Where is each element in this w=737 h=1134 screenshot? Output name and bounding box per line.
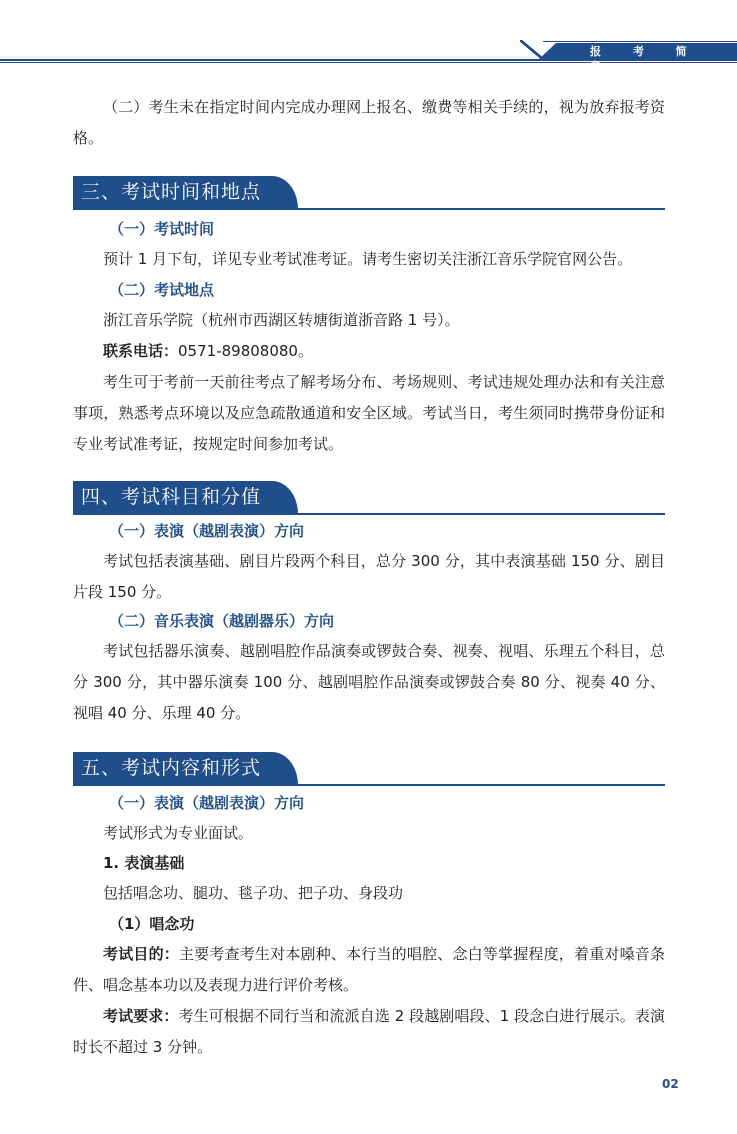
section-heading-4: 四、考试科目和分值 — [73, 481, 665, 515]
exam-time-text: 预计 1 月下旬，详见专业考试准考证。请考生密切关注浙江音乐学院官网公告。 — [103, 244, 665, 275]
basics-text: 包括唱念功、腿功、毯子功、把子功、身段功 — [103, 878, 665, 909]
subheading-exam-location: （二）考试地点 — [109, 279, 214, 301]
contact-phone: 联系电话：0571-89808080。 — [103, 336, 665, 367]
exam-notice-paragraph: 考生可于考前一天前往考点了解考场分布、考场规则、考试违规处理办法和有关注意事项，… — [73, 367, 665, 460]
header-slant — [520, 40, 544, 60]
item-heading-basics: 1. 表演基础 — [103, 852, 184, 874]
performance-subjects-text: 考试包括表演基础、剧目片段两个科目，总分 300 分，其中表演基础 150 分、… — [73, 546, 665, 608]
intro-paragraph: （二）考生未在指定时间内完成办理网上报名、缴费等相关手续的，视为放弃报考资格。 — [73, 92, 665, 154]
section-heading-3: 三、考试时间和地点 — [73, 176, 665, 210]
section-heading-5: 五、考试内容和形式 — [73, 752, 665, 786]
subheading-performance-content: （一）表演（越剧表演）方向 — [109, 792, 304, 814]
subheading-performance: （一）表演（越剧表演）方向 — [109, 520, 304, 542]
phone-label: 联系电话： — [103, 342, 178, 360]
section-title: 四、考试科目和分值 — [81, 484, 261, 511]
section-title: 五、考试内容和形式 — [81, 755, 261, 782]
section-rule — [73, 784, 665, 786]
exam-requirement-paragraph: 考试要求：考生可根据不同行当和流派自选 2 段越剧唱段、1 段念白进行展示。表演… — [73, 1001, 665, 1063]
subheading-exam-time: （一）考试时间 — [109, 218, 214, 240]
header-title: 报 考 简 章 — [590, 44, 737, 74]
exam-purpose-paragraph: 考试目的：主要考查考生对本剧种、本行当的唱腔、念白等掌握程度，着重对嗓音条件、唱… — [73, 939, 665, 1001]
section-rule — [73, 208, 665, 210]
subitem-heading-singing: （1）唱念功 — [109, 913, 194, 935]
page-number: 02 — [662, 1077, 679, 1091]
phone-value: 0571-89808080。 — [178, 342, 313, 360]
exam-form-text: 考试形式为专业面试。 — [103, 818, 665, 849]
exam-location-text: 浙江音乐学院（杭州市西湖区转塘街道浙音路 1 号）。 — [103, 305, 665, 336]
music-subjects-text: 考试包括器乐演奏、越剧唱腔作品演奏或锣鼓合奏、视奏、视唱、乐理五个科目，总分 3… — [73, 636, 665, 729]
requirement-label: 考试要求： — [103, 1007, 178, 1025]
section-rule — [73, 513, 665, 515]
header-band-top-rule — [543, 41, 737, 42]
section-title: 三、考试时间和地点 — [81, 179, 261, 206]
purpose-label: 考试目的： — [103, 945, 179, 963]
subheading-music-performance: （二）音乐表演（越剧器乐）方向 — [109, 610, 334, 632]
